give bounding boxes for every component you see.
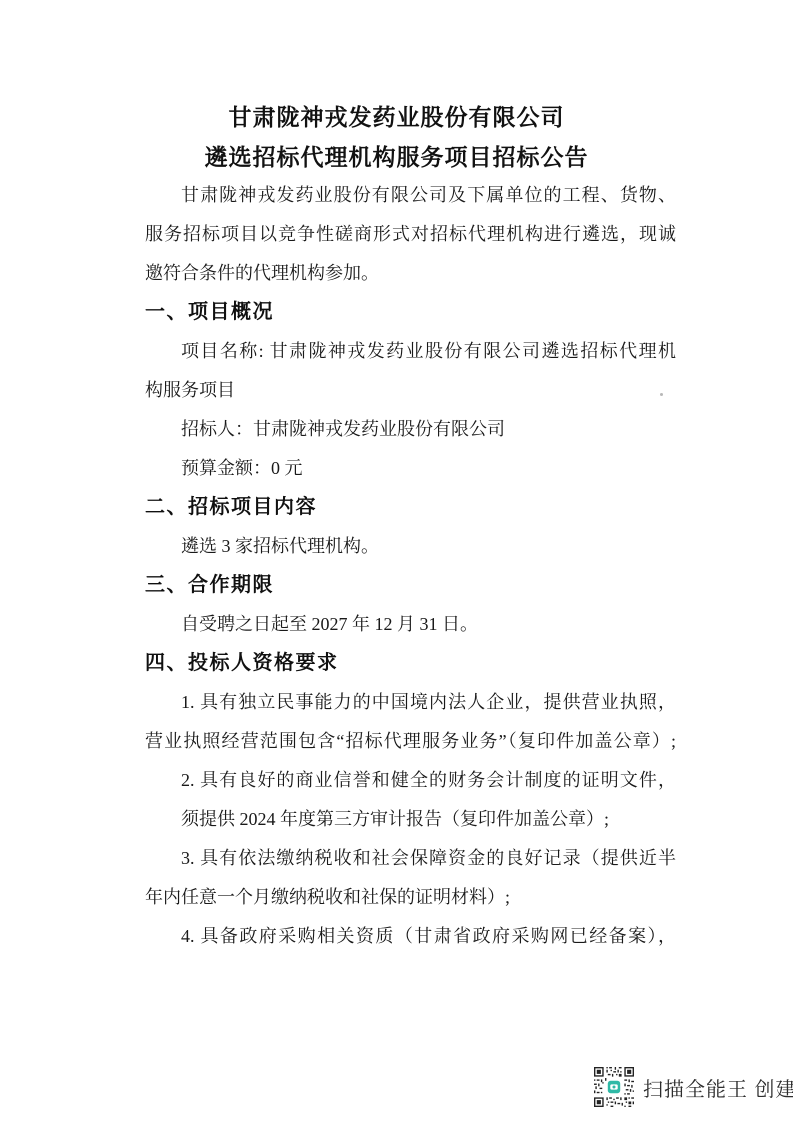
document-title: 甘肃陇神戎发药业股份有限公司 遴选招标代理机构服务项目招标公告	[0, 97, 793, 177]
document-body: 甘肃陇神戎发药业股份有限公司及下属单位的工程、货物、 服务招标项目以竞争性磋商形…	[145, 176, 676, 956]
paragraph-line: 营业执照经营范围包含“招标代理服务业务”（复印件加盖公章）;	[145, 722, 676, 761]
paragraph-line: 须提供 2024 年度第三方审计报告（复印件加盖公章）;	[145, 800, 676, 839]
paragraph-line: 自受聘之日起至 2027 年 12 月 31 日。	[145, 605, 676, 644]
paragraph-line: 服务招标项目以竞争性磋商形式对招标代理机构进行遴选，现诚	[145, 215, 676, 254]
paragraph-line: 1. 具有独立民事能力的中国境内法人企业，提供营业执照，	[145, 683, 676, 722]
camscanner-watermark-label: 扫描全能王 创建	[643, 1073, 793, 1102]
section-heading-1: 一、项目概况	[145, 293, 676, 332]
paragraph-line: 遴选 3 家招标代理机构。	[145, 527, 676, 566]
document-page: 甘肃陇神戎发药业股份有限公司 遴选招标代理机构服务项目招标公告 甘肃陇神戎发药业…	[0, 0, 793, 1122]
paragraph-line: 构服务项目	[145, 371, 676, 410]
section-heading-2: 二、招标项目内容	[145, 488, 676, 527]
title-line-2: 遴选招标代理机构服务项目招标公告	[0, 137, 793, 177]
paragraph-line: 招标人：甘肃陇神戎发药业股份有限公司	[145, 410, 676, 449]
paragraph-line: 2. 具有良好的商业信誉和健全的财务会计制度的证明文件，	[145, 761, 676, 800]
camscanner-watermark: 扫描全能王 创建	[594, 1065, 793, 1109]
title-line-1: 甘肃陇神戎发药业股份有限公司	[0, 97, 793, 137]
paragraph-line: 4. 具备政府采购相关资质（甘肃省政府采购网已经备案），	[145, 917, 676, 956]
section-heading-4: 四、投标人资格要求	[145, 644, 676, 683]
qr-code-icon	[594, 1067, 634, 1107]
paragraph-line: 项目名称: 甘肃陇神戎发药业股份有限公司遴选招标代理机	[145, 332, 676, 371]
paragraph-line: 甘肃陇神戎发药业股份有限公司及下属单位的工程、货物、	[145, 176, 676, 215]
paragraph-line: 预算金额：0 元	[145, 449, 676, 488]
section-heading-3: 三、合作期限	[145, 566, 676, 605]
paragraph-line: 邀符合条件的代理机构参加。	[145, 254, 676, 293]
paragraph-line: 3. 具有依法缴纳税收和社会保障资金的良好记录（提供近半	[145, 839, 676, 878]
paragraph-line: 年内任意一个月缴纳税收和社保的证明材料）;	[145, 878, 676, 917]
camscanner-logo-icon	[608, 1081, 620, 1093]
